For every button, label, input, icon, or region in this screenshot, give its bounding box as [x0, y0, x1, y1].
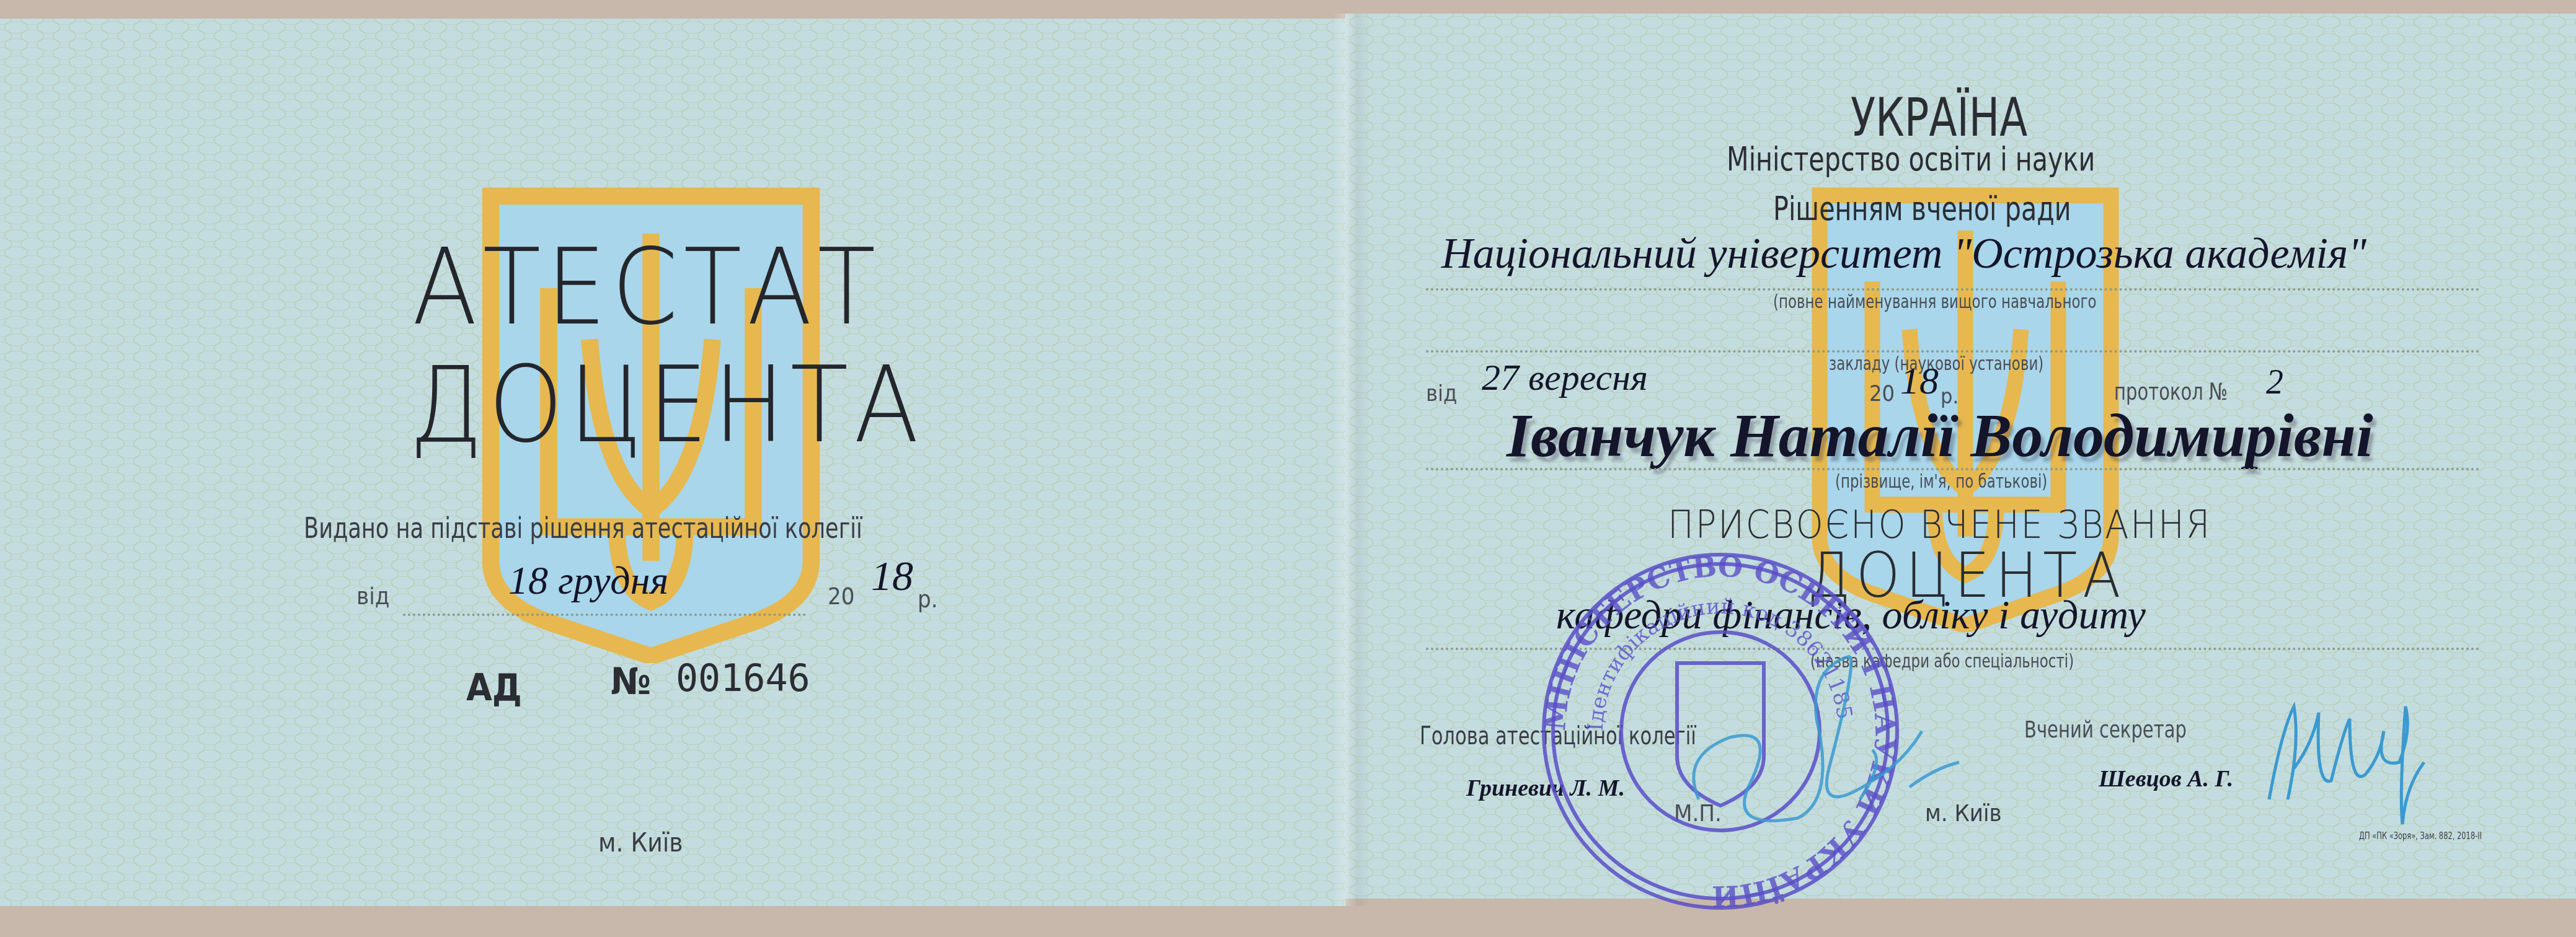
institution-line-2	[1426, 350, 2480, 353]
issued-basis-text: Видано на підставі рішення атестаційної …	[304, 511, 862, 545]
left-date-line	[403, 614, 806, 616]
certificate-number: 001646	[676, 657, 810, 700]
left-date-prefix: від	[356, 583, 389, 610]
institution-name: Національний університет "Острозька акад…	[1441, 229, 2366, 279]
right-year-value: 18	[1900, 359, 1939, 403]
recipient-name: Іванчук Наталії Володимирівні	[1507, 400, 2373, 471]
right-date-prefix: від	[1426, 381, 1457, 407]
left-city: м. Київ	[598, 827, 683, 858]
protocol-number: 2	[2266, 363, 2283, 402]
certificate-title-line1: АТЕСТАТ	[412, 226, 881, 349]
printer-imprint: ДП «ПК «Зоря», Зам. 882, 2018-ІІ	[2359, 830, 2482, 842]
left-year-prefix: 20	[828, 583, 855, 610]
secretary-name: Шевцов А. Г.	[2099, 765, 2233, 793]
decision-heading: Рішенням вченої ради	[1773, 189, 2071, 228]
certificate-title-line2: ДОЦЕНТА	[409, 344, 924, 467]
page-fold	[1333, 14, 1370, 906]
institution-line	[1426, 288, 2480, 291]
right-date-value: 27 вересня	[1482, 356, 1648, 399]
institution-caption-1: (повне найменування вищого навчального	[1773, 291, 2097, 313]
secretary-signature	[2257, 694, 2430, 830]
recipient-caption: (прізвище, ім'я, по батькові)	[1835, 471, 2047, 493]
certificate-number-label: №	[611, 660, 651, 703]
recipient-line	[1426, 468, 2480, 470]
ministry-heading: Міністерство освіти і науки	[1727, 139, 2095, 178]
left-date-value: 18 грудня	[508, 558, 668, 604]
certificate-series: АД	[466, 666, 522, 710]
chair-signature	[1674, 644, 1972, 849]
left-year-value: 18	[871, 552, 913, 600]
left-year-suffix: р.	[918, 586, 938, 613]
secretary-label: Вчений секретар	[2024, 716, 2187, 743]
